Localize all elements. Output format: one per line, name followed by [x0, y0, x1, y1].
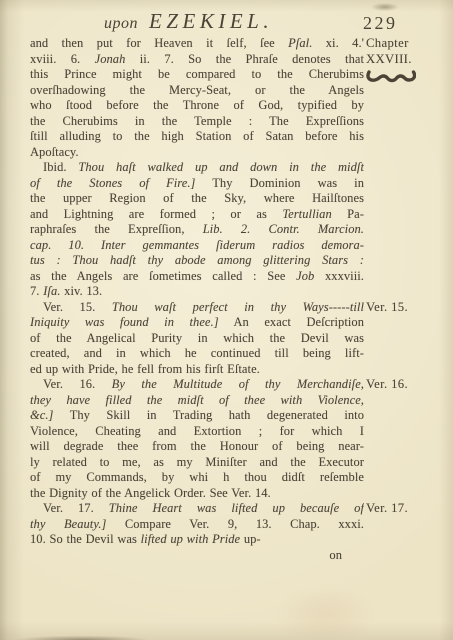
text-line: Apoſtacy. — [30, 145, 364, 161]
roman-text-run: ly related to me, as my Miniſter and the… — [30, 455, 364, 469]
book-page: upon EZEKIEL. 229 and then put for Heave… — [0, 0, 453, 640]
roman-text-run: xviii. 6. — [30, 52, 95, 66]
header-title: EZEKIEL. — [149, 9, 273, 34]
italic-text-run: Iſa. — [43, 284, 60, 298]
roman-text-run: ſtill alluding to the high Station of Sa… — [30, 129, 364, 143]
text-line: as the Angels are ſometimes called : See… — [30, 269, 364, 285]
italic-text-run: Thine Heart was lifted up becauſe of — [109, 501, 364, 515]
italic-text-run: Iniquity was found in thee.] — [30, 315, 219, 329]
text-line: the upper Region of the Sky, where Hailſ… — [30, 191, 364, 207]
roman-text-run: 7. — [30, 284, 43, 298]
roman-text-run: Violence, Cheating and Extortion ; for w… — [30, 424, 364, 438]
text-line: ſtill alluding to the high Station of Sa… — [30, 129, 364, 145]
italic-text-run: of the Stones of Fire.] — [30, 176, 195, 190]
italic-text-run: Job — [296, 269, 314, 283]
roman-text-run: of my Commands, by whi h thou didſt reſe… — [30, 470, 364, 484]
text-line: thy Beauty.] Compare Ver. 9, 13. Chap. x… — [30, 517, 364, 533]
text-line: Violence, Cheating and Extortion ; for w… — [30, 424, 364, 440]
italic-text-run: Jonah — [95, 52, 126, 66]
italic-text-run: Pſal. — [288, 36, 312, 50]
roman-text-run: will degrade thee from the Honour of bei… — [30, 439, 364, 453]
margin-note-ver-17: Ver. 17. — [366, 501, 408, 517]
text-line: 10. So the Devil was lifted up with Prid… — [30, 532, 364, 548]
page-header: upon EZEKIEL. — [104, 9, 273, 34]
text-line: 7. Iſa. xiv. 13. — [30, 284, 364, 300]
header-lead-word: upon — [104, 15, 138, 33]
text-line: xviii. 6. Jonah ii. 7. So the Phraſe den… — [30, 52, 364, 68]
italic-text-run: cap. 10. Inter gemmantes ſiderum radios … — [30, 238, 364, 252]
catchword: on — [30, 548, 364, 564]
roman-text-run: An exact Deſcription — [219, 315, 364, 329]
text-line: raphraſes the Expreſſion, Lib. 2. Contr.… — [30, 222, 364, 238]
margin-note-ver-16: Ver. 16. — [366, 377, 408, 393]
roman-text-run: xiv. 13. — [60, 284, 102, 298]
chapter-brace-icon — [366, 67, 416, 83]
text-column: and then put for Heaven it ſelf, ſee Pſa… — [30, 36, 364, 563]
roman-text-run: of the Angelical Purity in which the Dev… — [30, 331, 364, 345]
roman-text-run: overſhadowing the Mercy-Seat, or the Ang… — [30, 83, 364, 97]
text-line: created, and in which he continued till … — [30, 346, 364, 362]
text-line: this Prince might be compared to the Che… — [30, 67, 364, 83]
italic-text-run: tus : Thou hadſt thy abode among glitter… — [30, 253, 364, 267]
text-line: &c.] Thy Skill in Trading hath degenerat… — [30, 408, 364, 424]
text-line: overſhadowing the Mercy-Seat, or the Ang… — [30, 83, 364, 99]
roman-text-run: who ſtood before the Throne of God, typi… — [30, 98, 364, 112]
italic-text-run: Lib. 2. Contr. Marcion. — [203, 222, 364, 236]
text-line: and Lightning are formed ; or as Tertull… — [30, 207, 364, 223]
roman-text-run: Ibid. — [43, 160, 78, 174]
roman-text-run: and then put for Heaven it ſelf, ſee — [30, 36, 288, 50]
margin-note-chapter-number: XXVIII. — [366, 52, 412, 68]
roman-text-run: this Prince might be compared to the Che… — [30, 67, 364, 81]
text-line: ly related to me, as my Miniſter and the… — [30, 455, 364, 471]
text-line: Ibid. Thou haſt walked up and down in th… — [30, 160, 364, 176]
roman-text-run: Thy Dominion was in — [195, 176, 364, 190]
roman-text-run: the Cherubims in the Temple : The Expreſ… — [30, 114, 364, 128]
roman-text-run: raphraſes the Expreſſion, — [30, 222, 203, 236]
italic-text-run: &c.] — [30, 408, 53, 422]
text-line: of my Commands, by whi h thou didſt reſe… — [30, 470, 364, 486]
italic-text-run: lifted up with Pride — [141, 532, 241, 546]
text-line: Ver. 15. Thou waſt perfect in thy Ways--… — [30, 300, 364, 316]
roman-text-run: Pa- — [332, 207, 364, 221]
roman-text-run: ed up with Pride, he fell from his firſt… — [30, 362, 260, 376]
italic-text-run: Thou haſt walked up and down in the midſ… — [78, 160, 364, 174]
roman-text-run: 10. So the Devil was — [30, 532, 141, 546]
roman-text-run: xi. 4.' — [312, 36, 364, 50]
text-line: cap. 10. Inter gemmantes ſiderum radios … — [30, 238, 364, 254]
text-line: tus : Thou hadſt thy abode among glitter… — [30, 253, 364, 269]
italic-text-run: Thou waſt perfect in thy Ways-----till — [112, 300, 364, 314]
roman-text-run: ii. 7. So the Phraſe denotes that — [125, 52, 364, 66]
margin-column: ChapterXXVIII.Ver. 15.Ver. 16.Ver. 17. — [366, 36, 452, 596]
roman-text-run: the Dignity of the Angelick Order. See V… — [30, 486, 271, 500]
roman-text-run: Ver. 16. — [43, 377, 112, 391]
text-line: Iniquity was found in thee.] An exact De… — [30, 315, 364, 331]
italic-text-run: By the Multitude of thy Merchandiſe, — [112, 377, 364, 391]
roman-text-run: created, and in which he continued till … — [30, 346, 364, 360]
margin-note-ver-15: Ver. 15. — [366, 300, 408, 316]
roman-text-run: Thy Skill in Trading hath degenerated in… — [53, 408, 364, 422]
italic-text-run: thy Beauty.] — [30, 517, 106, 531]
text-line: who ſtood before the Throne of God, typi… — [30, 98, 364, 114]
roman-text-run: and Lightning are formed ; or as — [30, 207, 282, 221]
roman-text-run: as the Angels are ſometimes called : See — [30, 269, 296, 283]
roman-text-run: Apoſtacy. — [30, 145, 79, 159]
text-line: they have filled the midſt of thee with … — [30, 393, 364, 409]
roman-text-run: Ver. 15. — [43, 300, 112, 314]
italic-text-run: Tertullian — [282, 207, 331, 221]
roman-text-run: the upper Region of the Sky, where Hailſ… — [30, 191, 364, 205]
text-line: the Cherubims in the Temple : The Expreſ… — [30, 114, 364, 130]
text-line: ed up with Pride, he fell from his firſt… — [30, 362, 364, 378]
roman-text-run: xxxviii. — [314, 269, 364, 283]
roman-text-run: Compare Ver. 9, 13. Chap. xxxi. — [106, 517, 364, 531]
text-line: and then put for Heaven it ſelf, ſee Pſa… — [30, 36, 364, 52]
margin-note-chapter-word: Chapter — [366, 36, 409, 52]
text-line: will degrade thee from the Honour of bei… — [30, 439, 364, 455]
page-number: 229 — [363, 13, 398, 34]
italic-text-run: they have filled the midſt of thee with … — [30, 393, 364, 407]
text-line: Ver. 16. By the Multitude of thy Merchan… — [30, 377, 364, 393]
roman-text-run: up- — [240, 532, 261, 546]
text-line: of the Angelical Purity in which the Dev… — [30, 331, 364, 347]
roman-text-run: Ver. 17. — [43, 501, 109, 515]
text-line: of the Stones of Fire.] Thy Dominion was… — [30, 176, 364, 192]
text-line: Ver. 17. Thine Heart was lifted up becau… — [30, 501, 364, 517]
text-line: the Dignity of the Angelick Order. See V… — [30, 486, 364, 502]
